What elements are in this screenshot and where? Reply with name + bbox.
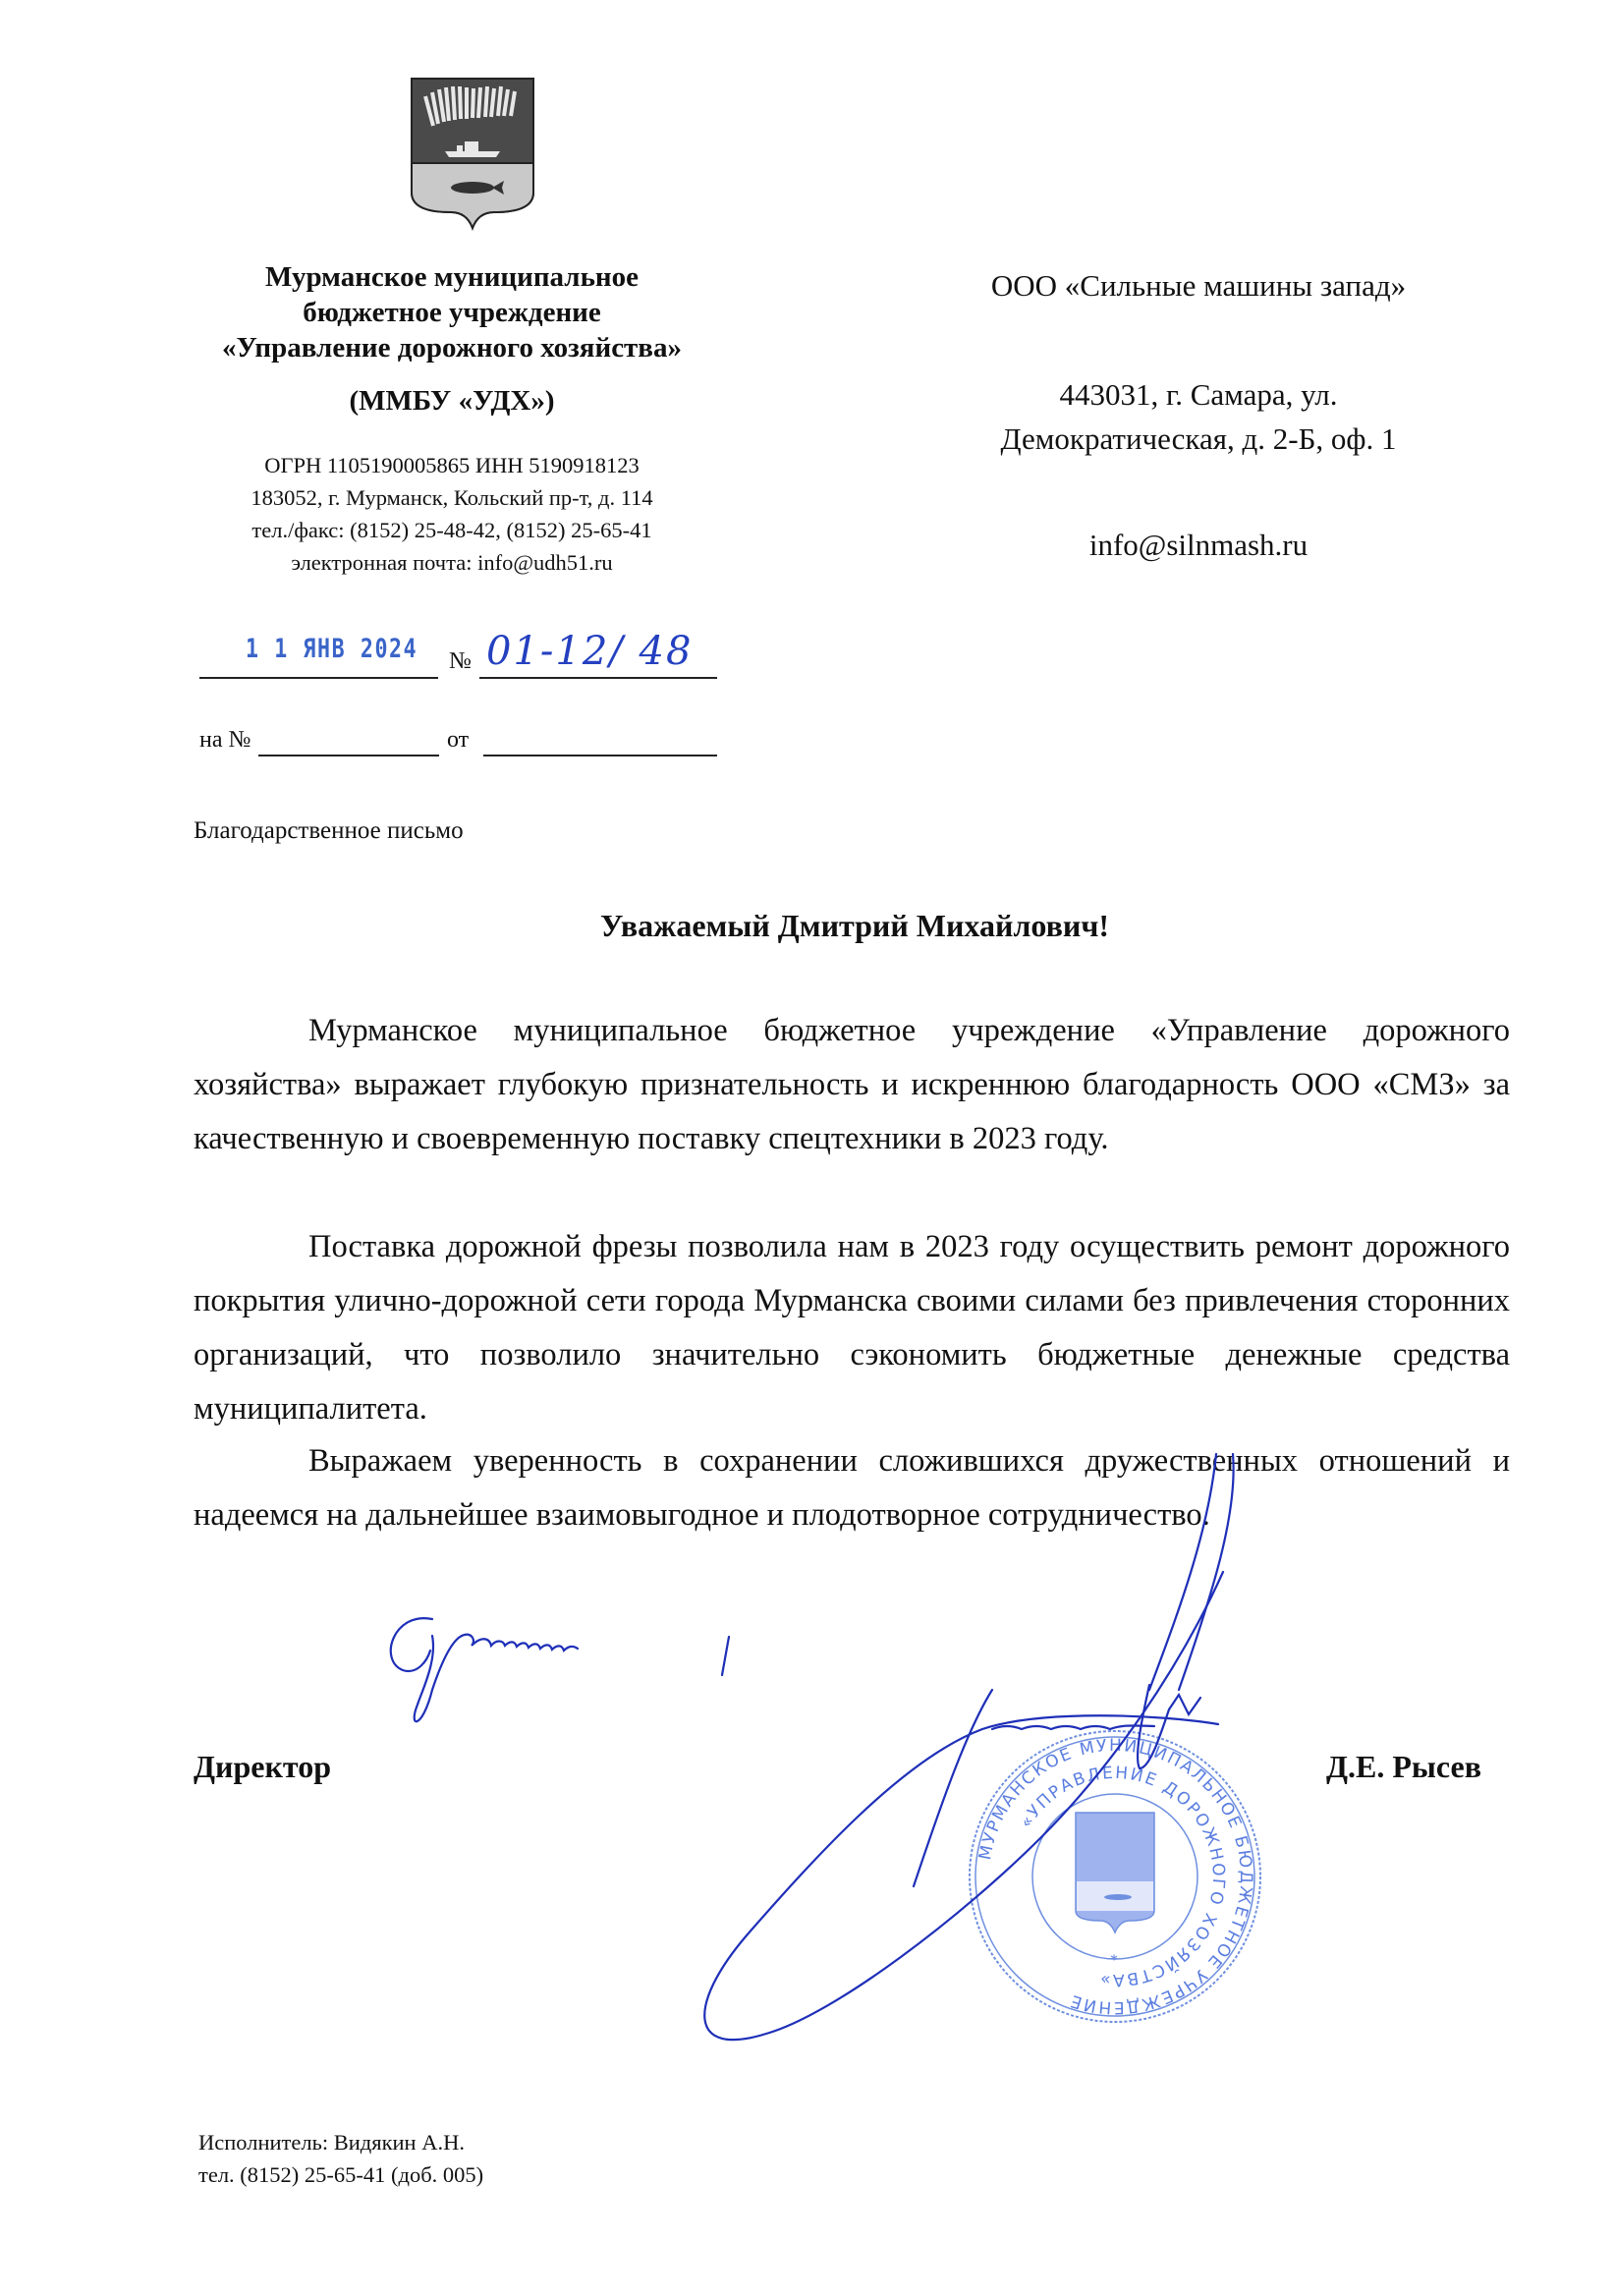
signatory-name: Д.Е. Рысев <box>1326 1749 1481 1785</box>
recipient-address-line-2: Демократическая, д. 2-Б, оф. 1 <box>904 420 1493 458</box>
coat-of-arms-icon <box>406 75 539 234</box>
outgoing-number-label: № <box>449 648 472 675</box>
org-name-line-2: бюджетное учреждение <box>157 295 747 330</box>
executor-name: Исполнитель: Видякин А.Н. <box>198 2127 465 2158</box>
body-paragraph-2: Поставка дорожной фрезы позволила нам в … <box>194 1220 1510 1436</box>
recipient-address-line-1: 443031, г. Самара, ул. <box>904 376 1493 414</box>
reply-number-line <box>258 755 439 756</box>
executor-phone: тел. (8152) 25-65-41 (доб. 005) <box>198 2159 483 2191</box>
official-seal: МУРМАНСКОЕ МУНИЦИПАЛЬНОЕ БЮДЖЕТНОЕ УЧРЕЖ… <box>963 1724 1267 2029</box>
reply-date-line <box>483 755 717 756</box>
recipient-email: info@silnmash.ru <box>904 527 1493 564</box>
org-email: электронная почта: info@udh51.ru <box>177 547 727 579</box>
document-subject: Благодарственное письмо <box>194 817 464 845</box>
org-short-name: (ММБУ «УДХ») <box>157 383 747 419</box>
outgoing-date-line <box>199 677 438 679</box>
org-name-line-1: Мурманское муниципальное <box>157 259 747 295</box>
org-address: 183052, г. Мурманск, Кольский пр-т, д. 1… <box>177 482 727 514</box>
recipient-company: ООО «Сильные машины запад» <box>904 267 1493 305</box>
org-ogrn-inn: ОГРН 1105190005865 ИНН 5190918123 <box>177 450 727 481</box>
outgoing-number-handwritten: 01-12/ 48 <box>486 629 693 674</box>
outgoing-number-line <box>479 677 717 679</box>
salutation: Уважаемый Дмитрий Михайлович! <box>511 908 1198 944</box>
signatory-position: Директор <box>194 1749 331 1785</box>
svg-text:*: * <box>1110 1952 1118 1969</box>
body-paragraph-3: Выражаем уверенность в сохранении сложив… <box>194 1434 1510 1542</box>
body-paragraph-1: Мурманское муниципальное бюджетное учреж… <box>194 1004 1510 1166</box>
org-name-line-3: «Управление дорожного хозяйства» <box>157 330 747 365</box>
reply-date-label: от <box>447 727 469 754</box>
date-stamp: 1 1 ЯНВ 2024 <box>246 634 418 664</box>
reply-number-label: на № <box>199 727 251 754</box>
org-phone: тел./факс: (8152) 25-48-42, (8152) 25-65… <box>177 515 727 546</box>
